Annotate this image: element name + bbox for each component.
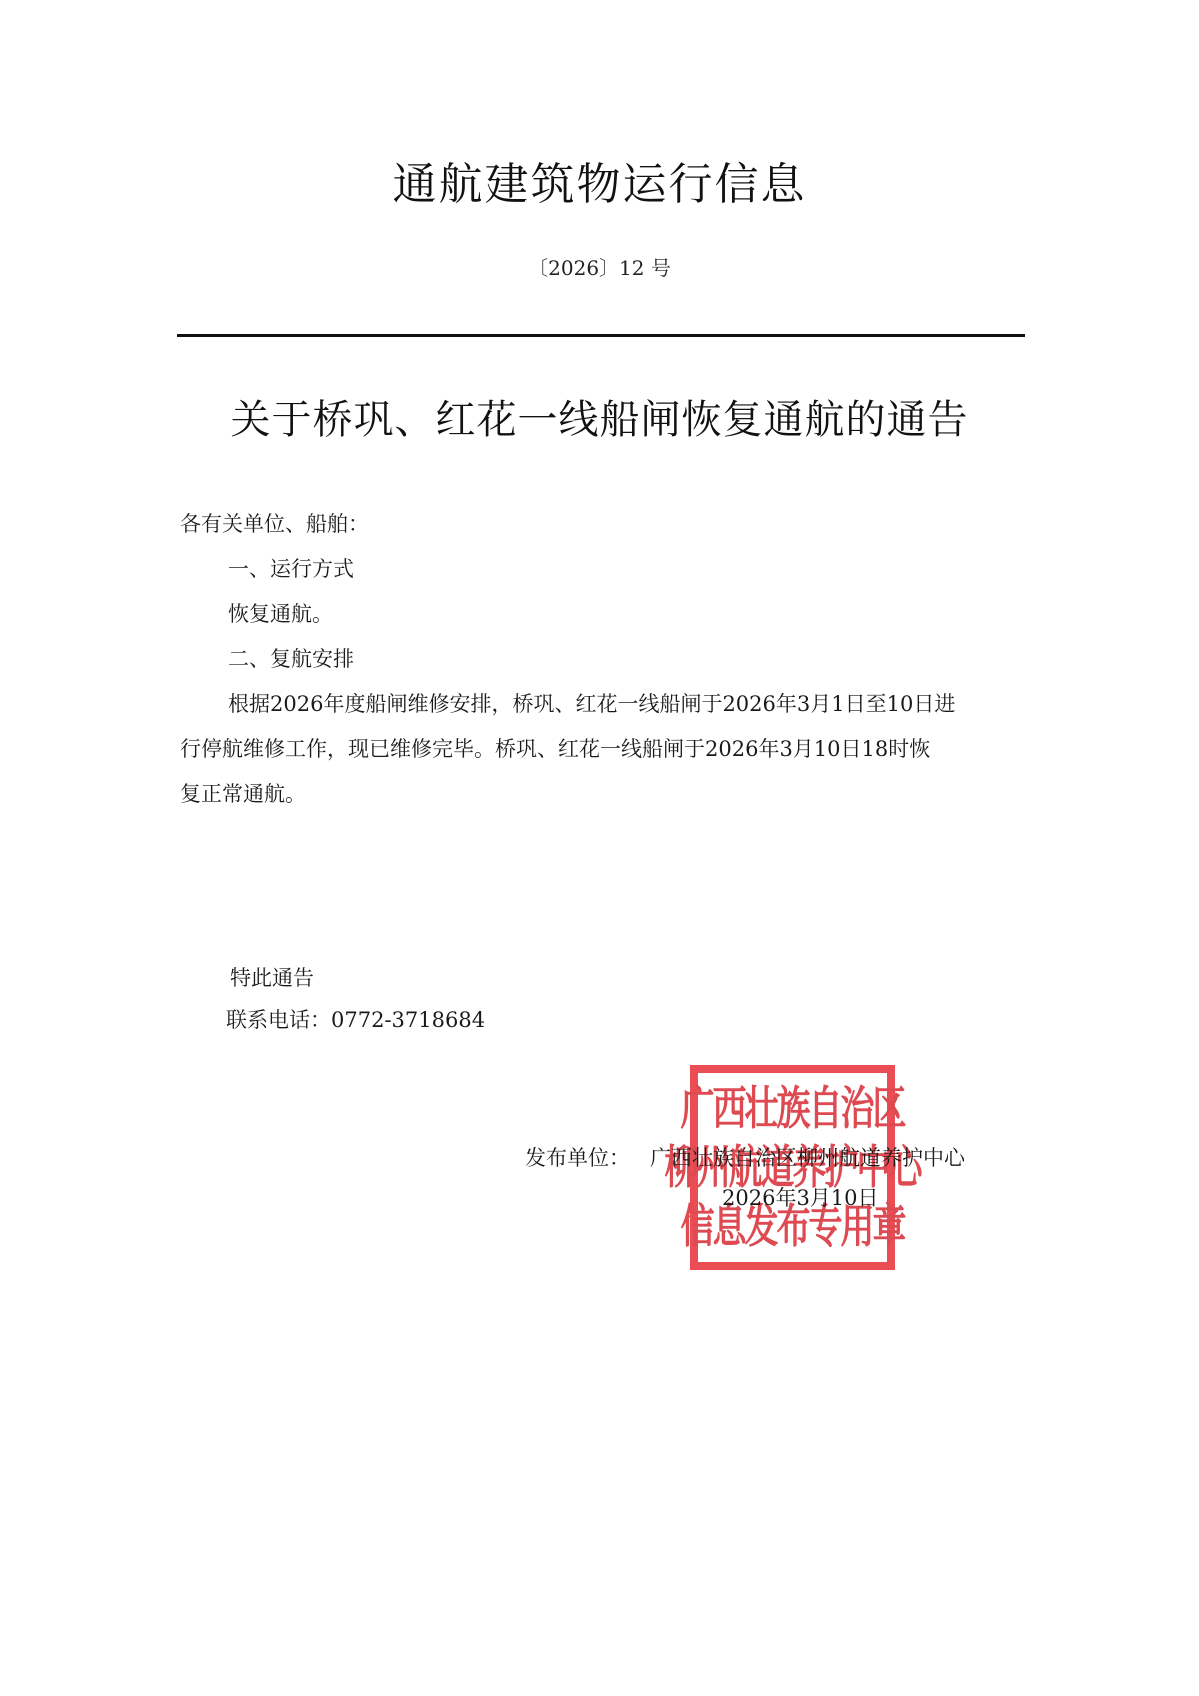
- section-2-heading: 二、复航安排: [228, 643, 354, 673]
- section-1-heading: 一、运行方式: [228, 553, 354, 583]
- closing-statement: 特此通告: [230, 962, 314, 992]
- publisher-name: 广西壮族自治区柳州航道养护中心: [650, 1146, 965, 1170]
- contact-line: 联系电话：0772-3718684: [226, 1004, 485, 1034]
- publisher-label: 发布单位：: [525, 1146, 630, 1170]
- section-2-paragraph-line-2: 行停航维修工作，现已维修完毕。桥巩、红花一线船闸于2026年3月10日18时恢: [180, 733, 930, 763]
- contact-phone: 0772-3718684: [331, 1008, 485, 1032]
- section-2-paragraph-line-3: 复正常通航。: [180, 778, 306, 808]
- section-1-content: 恢复通航。: [228, 598, 333, 628]
- notice-headline: 关于桥巩、红花一线船闸恢复通航的通告: [0, 388, 1199, 445]
- contact-label: 联系电话：: [226, 1008, 331, 1032]
- document-title: 通航建筑物运行信息: [0, 148, 1199, 212]
- section-2-paragraph-line-1: 根据2026年度船闸维修安排，桥巩、红花一线船闸于2026年3月1日至10日进: [228, 688, 955, 718]
- stamp-line-1: 广西壮族自治区: [681, 1086, 905, 1132]
- header-divider: [177, 334, 1025, 337]
- publisher-line: 发布单位：广西壮族自治区柳州航道养护中心: [525, 1142, 965, 1172]
- salutation: 各有关单位、船舶：: [180, 508, 369, 538]
- publish-date: 2026年3月10日: [722, 1182, 879, 1212]
- issue-number: 〔2026〕12 号: [0, 252, 1199, 281]
